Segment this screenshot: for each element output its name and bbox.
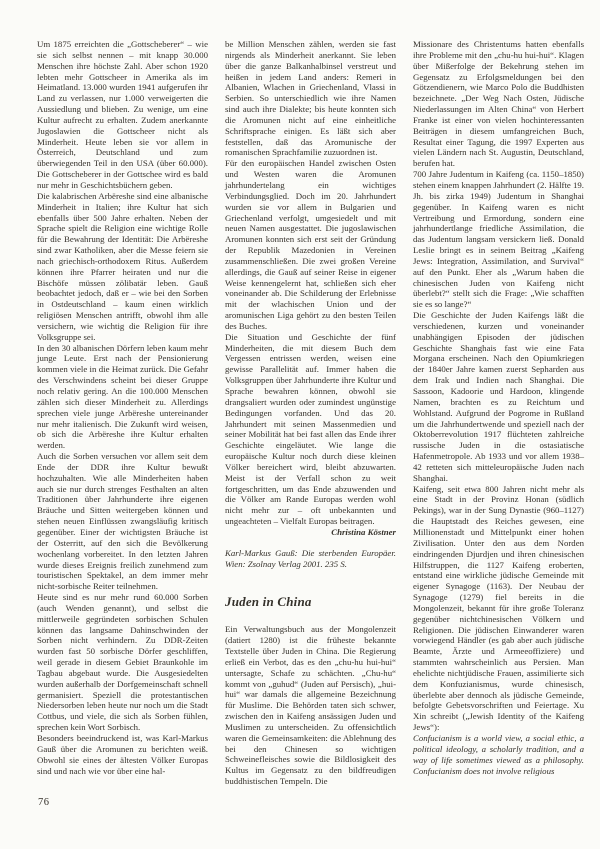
author-signature: Christina Köstner xyxy=(225,527,396,538)
article-paragraph: Für den europäischen Handel zwischen Ost… xyxy=(225,158,396,332)
article-paragraph: be Million Menschen zählen, werden sie f… xyxy=(225,39,396,158)
column-left: Um 1875 erreichten die „Gottscheberer“ –… xyxy=(37,39,208,776)
article-paragraph: Heute sind es nur mehr rund 60.000 Sorbe… xyxy=(37,592,208,733)
article-paragraph: 700 Jahre Judentum in Kaifeng (ca. 1150–… xyxy=(413,169,584,310)
article-paragraph: In den 30 albanischen Dörfern leben kaum… xyxy=(37,343,208,451)
article-paragraph: Die Geschichte der Juden Kaifengs läßt d… xyxy=(413,310,584,484)
article-paragraph: Kaifeng, seit etwa 800 Jahren nicht mehr… xyxy=(413,484,584,733)
text-columns: Um 1875 erreichten die „Gottscheberer“ –… xyxy=(37,39,584,787)
article-paragraph: Besonders beeindruckend ist, was Karl-Ma… xyxy=(37,733,208,776)
article-paragraph: Auch die Sorben versuchen vor allem seit… xyxy=(37,451,208,592)
page-number: 76 xyxy=(38,797,50,808)
article-paragraph: Missionare des Christentums hatten ebenf… xyxy=(413,39,584,169)
column-middle: be Million Menschen zählen, werden sie f… xyxy=(225,39,396,787)
confucianism-quote: Confucianism is a world view, a social e… xyxy=(413,733,584,776)
article-paragraph: Die kalabrischen Arbëreshe sind eine alb… xyxy=(37,191,208,343)
article-paragraph: Die Situation und Geschichte der fünf Mi… xyxy=(225,332,396,527)
journal-page: Um 1875 erreichten die „Gottscheberer“ –… xyxy=(0,0,600,849)
book-citation: Karl-Markus Gauß: Die sterbenden Europäe… xyxy=(225,548,396,570)
column-right: Missionare des Christentums hatten ebenf… xyxy=(413,39,584,776)
section-heading-juden-in-china: Juden in China xyxy=(225,597,396,608)
article-paragraph: Um 1875 erreichten die „Gottscheberer“ –… xyxy=(37,39,208,191)
article-paragraph: Ein Verwaltungsbuch aus der Mongolenzeit… xyxy=(225,624,396,787)
